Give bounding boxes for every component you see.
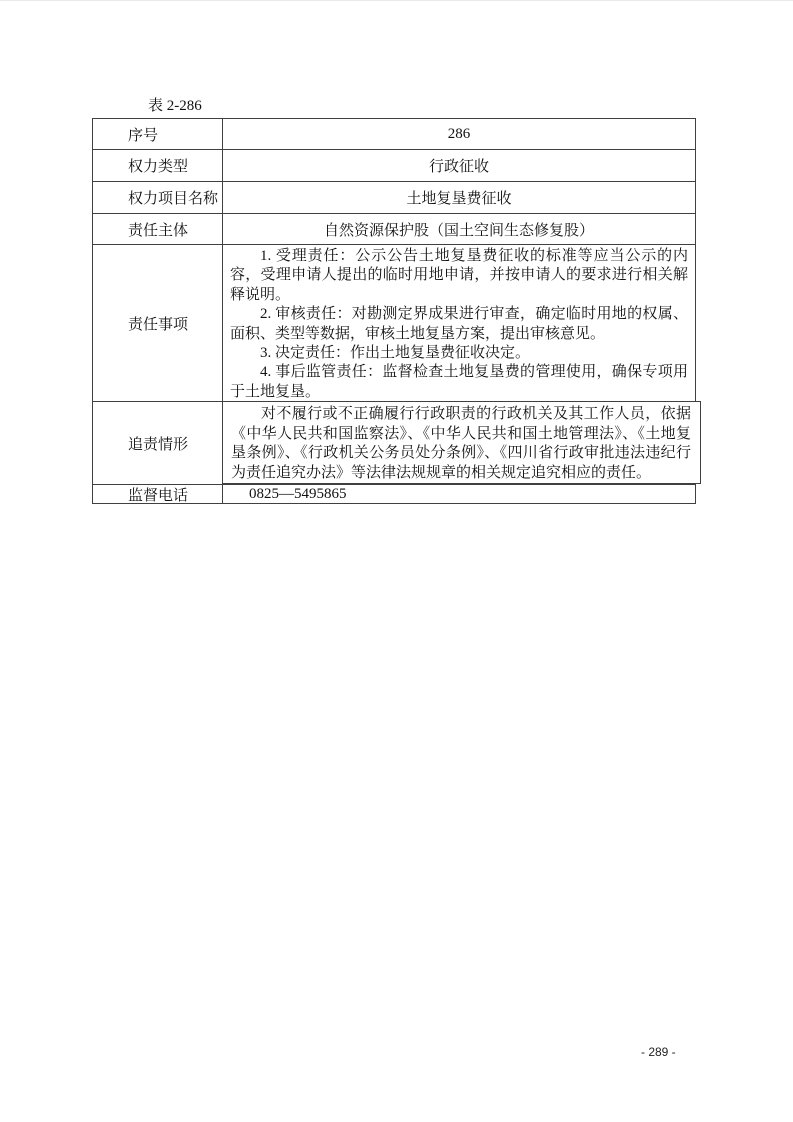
table-row-power-type: 权力类型 行政征收	[93, 149, 695, 181]
accountability-cell: 对不履行或不正确履行行政职责的行政机关及其工作人员，依据《中华人民共和国监察法》…	[223, 402, 695, 484]
row-label-accountability: 追责情形	[93, 402, 223, 484]
responsibility-item-4: 4. 事后监管责任：监督检查土地复垦费的管理使用，确保专项用于土地复垦。	[230, 363, 688, 402]
row-label-responsible-body: 责任主体	[93, 214, 223, 244]
responsibility-item-1: 1. 受理责任：公示公告土地复垦费征收的标准等应当公示的内容，受理申请人提出的临…	[230, 247, 688, 305]
accountability-paragraph: 对不履行或不正确履行行政职责的行政机关及其工作人员，依据《中华人民共和国监察法》…	[231, 405, 691, 483]
row-label-power-item-name: 权力项目名称	[93, 182, 223, 213]
row-value-responsible-body: 自然资源保护股（国土空间生态修复股）	[223, 214, 695, 244]
row-value-serial-number: 286	[223, 119, 695, 149]
table-row-responsibility-items: 责任事项 1. 受理责任：公示公告土地复垦费征收的标准等应当公示的内容，受理申请…	[93, 244, 695, 401]
table-row-responsible-body: 责任主体 自然资源保护股（国土空间生态修复股）	[93, 213, 695, 244]
row-label-power-type: 权力类型	[93, 150, 223, 181]
responsibility-item-2: 2. 审核责任：对勘测定界成果进行审查，确定临时用地的权属、面积、类型等数据，审…	[230, 305, 688, 344]
table-caption: 表 2-286	[148, 97, 202, 115]
row-label-serial-number: 序号	[93, 119, 223, 149]
table-row-power-item-name: 权力项目名称 土地复垦费征收	[93, 181, 695, 213]
table-row-accountability: 追责情形 对不履行或不正确履行行政职责的行政机关及其工作人员，依据《中华人民共和…	[93, 401, 695, 484]
row-label-responsibility-items: 责任事项	[93, 245, 223, 401]
row-value-power-type: 行政征收	[223, 150, 695, 181]
page-number: - 289 -	[641, 1045, 676, 1059]
power-responsibility-table: 序号 286 权力类型 行政征收 权力项目名称 土地复垦费征收 责任主体 自然资…	[92, 118, 696, 504]
responsibility-item-3: 3. 决定责任：作出土地复垦费征收决定。	[230, 344, 688, 363]
table-row-serial-number: 序号 286	[93, 119, 695, 149]
document-page: { "page": { "table_caption": "表 2-286", …	[0, 0, 793, 1122]
row-value-power-item-name: 土地复垦费征收	[223, 182, 695, 213]
row-value-supervision-phone: 0825—5495865	[223, 485, 695, 503]
row-label-supervision-phone: 监督电话	[93, 485, 223, 503]
table-row-supervision-phone: 监督电话 0825—5495865	[93, 484, 695, 503]
accountability-textbox: 对不履行或不正确履行行政职责的行政机关及其工作人员，依据《中华人民共和国监察法》…	[222, 401, 701, 484]
responsibility-items-content: 1. 受理责任：公示公告土地复垦费征收的标准等应当公示的内容，受理申请人提出的临…	[223, 245, 695, 401]
